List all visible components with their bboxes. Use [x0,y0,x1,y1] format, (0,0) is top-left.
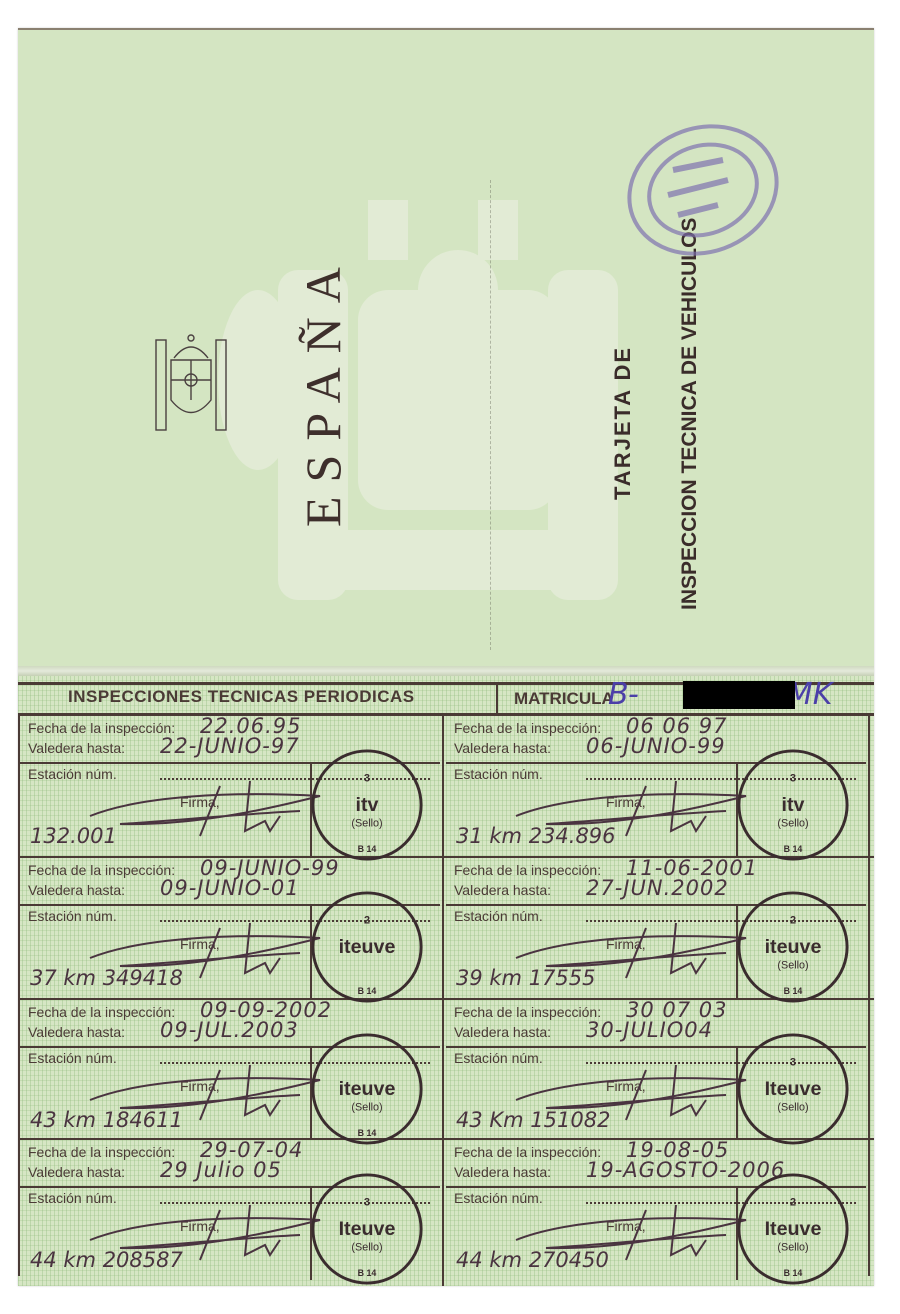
valedera-label: Valedera hasta: [454,740,551,756]
fecha-label: Fecha de la inspección: [28,1004,175,1020]
matricula-start: B- [608,677,639,712]
official-stamp-icon [613,100,793,280]
inspection-entry: Fecha de la inspección: 19-08-05 Valeder… [446,1140,866,1280]
inspection-entry: Fecha de la inspección: 09-JUNIO-99 Vale… [20,858,440,998]
itv-stamp-icon: 2 iteuve (Sello) B 14 [734,888,852,1006]
valedera-value: 30-JULIO04 [586,1018,713,1042]
svg-text:B 14: B 14 [784,844,803,854]
svg-text:(Sello): (Sello) [777,1102,808,1114]
odometer-value: 43 km 184611 [30,1108,183,1132]
valedera-value: 29 Julio 05 [160,1158,282,1182]
valedera-label: Valedera hasta: [28,1164,125,1180]
odometer-value: 39 km 17555 [456,966,596,990]
valedera-value: 22-JUNIO-97 [160,734,300,758]
spain-coat-of-arms-icon [146,330,236,440]
svg-text:B 14: B 14 [358,1128,377,1138]
itv-stamp-icon: 3 Iteuve (Sello) [734,1030,852,1148]
inspection-entry: Fecha de la inspección: 30 07 03 Valeder… [446,1000,866,1140]
grid-border-right [868,716,870,1276]
perforation-line [490,180,491,650]
inspection-entry: Fecha de la inspección: 11-06-2001 Valed… [446,858,866,998]
svg-text:iteuve: iteuve [339,1078,396,1100]
inspection-card: ESPAÑA TARJETA DE INSPECCION TECNICA DE … [18,28,874,1286]
svg-text:3: 3 [364,772,370,784]
inspection-entry: Fecha de la inspección: 22.06.95 Valeder… [20,716,440,856]
svg-text:itv: itv [356,794,379,816]
itv-stamp-icon: 3 Iteuve (Sello) B 14 [308,1170,426,1288]
svg-text:(Sello): (Sello) [351,818,382,830]
svg-text:Iteuve: Iteuve [339,1218,396,1240]
inspection-entry: Fecha de la inspección: 29-07-04 Valeder… [20,1140,440,1280]
svg-text:(Sello): (Sello) [777,1242,808,1254]
valedera-value: 27-JUN.2002 [586,876,729,900]
itv-stamp-icon: 3 itv (Sello) B 14 [308,746,426,864]
inspection-entry: Fecha de la inspección: 06 06 97 Valeder… [446,716,866,856]
svg-text:(Sello): (Sello) [777,818,808,830]
fecha-label: Fecha de la inspección: [28,1144,175,1160]
fecha-label: Fecha de la inspección: [454,862,601,878]
card-fold [18,666,874,676]
fecha-label: Fecha de la inspección: [454,1144,601,1160]
svg-text:2: 2 [790,1196,796,1208]
valedera-label: Valedera hasta: [454,1164,551,1180]
valedera-label: Valedera hasta: [454,1024,551,1040]
inspection-entry: Fecha de la inspección: 09-09-2002 Valed… [20,1000,440,1140]
svg-text:B 14: B 14 [358,1268,377,1278]
svg-text:iteuve: iteuve [765,936,822,958]
svg-text:B 14: B 14 [784,1268,803,1278]
card-title-line1: TARJETA DE [603,300,643,500]
fecha-label: Fecha de la inspección: [28,720,175,736]
svg-text:2: 2 [364,914,370,926]
itv-stamp-icon: 3 itv (Sello) B 14 [734,746,852,864]
valedera-label: Valedera hasta: [28,1024,125,1040]
inspections-grid: INSPECCIONES TECNICAS PERIODICAS MATRICU… [18,676,874,1286]
svg-text:Iteuve: Iteuve [765,1078,822,1100]
itv-stamp-icon: 2 iteuve B 14 [308,888,426,1006]
valedera-value: 09-JUL.2003 [160,1018,299,1042]
odometer-value: 44 km 208587 [30,1248,183,1272]
card-cover: ESPAÑA TARJETA DE INSPECCION TECNICA DE … [18,30,874,666]
svg-text:2: 2 [790,914,796,926]
valedera-label: Valedera hasta: [28,882,125,898]
svg-text:B 14: B 14 [358,986,377,996]
inspections-title: INSPECCIONES TECNICAS PERIODICAS [68,687,415,707]
valedera-label: Valedera hasta: [28,740,125,756]
valedera-label: Valedera hasta: [454,882,551,898]
svg-text:iteuve: iteuve [339,936,396,958]
fecha-label: Fecha de la inspección: [28,862,175,878]
svg-text:(Sello): (Sello) [351,1242,382,1254]
odometer-value: 43 Km 151082 [456,1108,610,1132]
fecha-label: Fecha de la inspección: [454,1004,601,1020]
itv-stamp-icon: iteuve (Sello) B 14 [308,1030,426,1148]
svg-text:3: 3 [790,772,796,784]
inspections-header: INSPECCIONES TECNICAS PERIODICAS MATRICU… [18,682,874,716]
svg-text:B 14: B 14 [358,844,377,854]
fecha-label: Fecha de la inspección: [454,720,601,736]
redaction-bar [683,681,795,709]
country-title: ESPAÑA [293,240,353,540]
svg-text:itv: itv [782,794,805,816]
svg-text:3: 3 [364,1196,370,1208]
valedera-value: 09-JUNIO-01 [160,876,300,900]
svg-text:(Sello): (Sello) [351,1102,382,1114]
odometer-value: 44 km 270450 [456,1248,609,1272]
matricula-label: MATRICULA [496,685,614,713]
svg-text:Iteuve: Iteuve [765,1218,822,1240]
grid-column-divider [442,716,444,1286]
svg-text:3: 3 [790,1056,796,1068]
valedera-value: 06-JUNIO-99 [586,734,726,758]
svg-text:B 14: B 14 [784,986,803,996]
svg-text:(Sello): (Sello) [777,960,808,972]
itv-stamp-icon: 2 Iteuve (Sello) B 14 [734,1170,852,1288]
odometer-value: 37 km 349418 [30,966,183,990]
odometer-value: 132.001 [30,824,117,848]
odometer-value: 31 km 234.896 [456,824,616,848]
